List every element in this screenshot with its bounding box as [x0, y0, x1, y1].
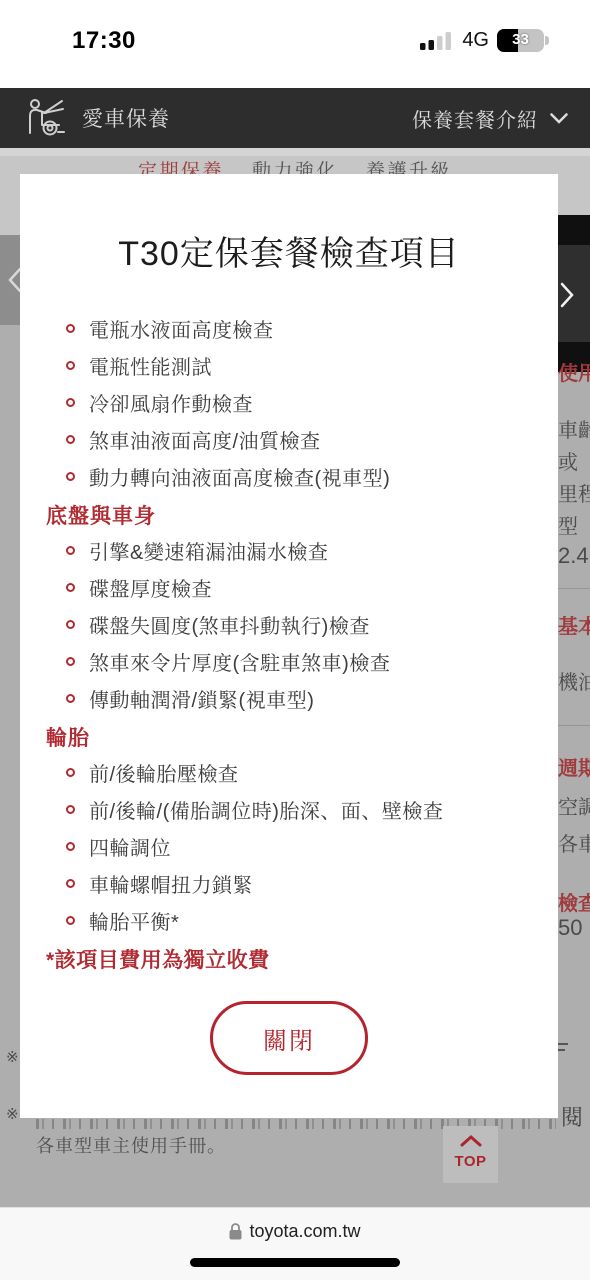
- item-label: 碟盤失圓度(煞車抖動執行)檢查: [89, 616, 370, 638]
- bullet-icon: [66, 435, 75, 444]
- battery-nub: [545, 36, 549, 45]
- iphone-screen: 17:30 4G 33 愛車: [0, 0, 590, 1280]
- section-heading-tires: 輪胎: [46, 727, 532, 750]
- status-bar: 17:30 4G 33: [0, 0, 590, 88]
- browser-bottom-bar: toyota.com.tw: [0, 1208, 590, 1280]
- item-label: 引擎&變速箱漏油漏水檢查: [89, 542, 328, 564]
- owner-manual-note: 各車型車主使用手冊。: [36, 1132, 226, 1158]
- bg-text-fragment: 里程: [558, 484, 590, 506]
- battery-percent: 33: [497, 31, 544, 48]
- close-button[interactable]: 關閉: [210, 1001, 368, 1075]
- page-title: 愛車保養: [82, 103, 170, 133]
- footnote-marker: ※: [6, 1048, 19, 1066]
- bg-text-fragment: 空調: [558, 797, 590, 819]
- item-label: 動力轉向油液面高度檢查(視車型): [89, 468, 390, 490]
- list-item: 引擎&變速箱漏油漏水檢查: [66, 542, 532, 564]
- inspection-list-engine: 電瓶水液面高度檢查 電瓶性能測試 冷卻風扇作動檢查 煞車油液面高度/油質檢查 動…: [46, 320, 532, 490]
- bullet-icon: [66, 768, 75, 777]
- modal-title: T30定保套餐檢查項目: [46, 234, 532, 274]
- bullet-icon: [66, 361, 75, 370]
- divider: [558, 725, 590, 726]
- package-intro-label: 保養套餐介紹: [412, 104, 538, 133]
- bg-text-fragment: 2.4: [558, 545, 590, 567]
- list-item: 動力轉向油液面高度檢查(視車型): [66, 468, 532, 490]
- package-intro-menu[interactable]: 保養套餐介紹: [412, 104, 568, 133]
- item-label: 電瓶水液面高度檢查: [89, 320, 274, 342]
- cellular-signal-icon: [420, 30, 454, 52]
- item-label: 傳動軸潤滑/鎖緊(視車型): [89, 690, 314, 712]
- bullet-icon: [66, 324, 75, 333]
- back-to-top-button[interactable]: TOP: [443, 1126, 498, 1183]
- list-item: 電瓶性能測試: [66, 357, 532, 379]
- item-label: 冷卻風扇作動檢查: [89, 394, 253, 416]
- list-item: 電瓶水液面高度檢查: [66, 320, 532, 342]
- lock-icon: [229, 1223, 242, 1240]
- bullet-icon: [66, 842, 75, 851]
- carousel-left-zone: [0, 235, 20, 325]
- bg-text-fragment: 50: [558, 917, 590, 939]
- bullet-icon: [66, 546, 75, 555]
- item-label: 煞車油液面高度/油質檢查: [89, 431, 321, 453]
- independent-fee-footnote: *該項目費用為獨立收費: [46, 949, 532, 972]
- list-item: 前/後輪胎壓檢查: [66, 764, 532, 786]
- item-label: 輪胎平衡*: [89, 912, 179, 934]
- site-url: toyota.com.tw: [249, 1221, 360, 1242]
- bg-text-fragment: 閱: [561, 1101, 583, 1132]
- section-heading-chassis: 底盤與車身: [46, 505, 532, 528]
- bullet-icon: [66, 657, 75, 666]
- list-item: 冷卻風扇作動檢查: [66, 394, 532, 416]
- bg-text-fragment: 檢查: [558, 893, 590, 915]
- list-item: 車輪螺帽扭力鎖緊: [66, 875, 532, 897]
- inspection-items-modal: T30定保套餐檢查項目 電瓶水液面高度檢查 電瓶性能測試 冷卻風扇作動檢查 煞車…: [20, 174, 558, 1118]
- item-label: 碟盤厚度檢查: [89, 579, 212, 601]
- bullet-icon: [66, 583, 75, 592]
- chevron-up-icon: [460, 1135, 482, 1147]
- carousel-next-icon[interactable]: [559, 282, 575, 308]
- list-item: 輪胎平衡*: [66, 912, 532, 934]
- carousel-prev-icon[interactable]: [7, 267, 20, 293]
- bullet-icon: [66, 472, 75, 481]
- item-label: 四輪調位: [89, 838, 171, 860]
- top-button-label: TOP: [443, 1153, 498, 1170]
- address-bar[interactable]: toyota.com.tw: [0, 1221, 590, 1242]
- list-item: 碟盤厚度檢查: [66, 579, 532, 601]
- list-item: 前/後輪/(備胎調位時)胎深、面、壁檢查: [66, 801, 532, 823]
- item-label: 電瓶性能測試: [89, 357, 212, 379]
- inspection-list-tires: 前/後輪胎壓檢查 前/後輪/(備胎調位時)胎深、面、壁檢查 四輪調位 車輪螺帽扭…: [46, 764, 532, 934]
- item-label: 前/後輪/(備胎調位時)胎深、面、壁檢查: [89, 801, 443, 823]
- bullet-icon: [66, 916, 75, 925]
- list-item: 煞車油液面高度/油質檢查: [66, 431, 532, 453]
- bullet-icon: [66, 398, 75, 407]
- bg-text-fragment: 或: [558, 452, 590, 474]
- carousel-right-zone: [558, 215, 590, 372]
- footnote-marker: ※: [6, 1105, 19, 1123]
- clock: 17:30: [72, 27, 136, 55]
- bg-text-fragment: 使用: [558, 363, 590, 385]
- item-label: 煞車來令片厚度(含駐車煞車)檢查: [89, 653, 390, 675]
- list-item: 四輪調位: [66, 838, 532, 860]
- bg-text-fragment: 週期: [558, 758, 590, 780]
- chevron-down-icon: [550, 113, 568, 124]
- bullet-icon: [66, 805, 75, 814]
- bullet-icon: [66, 620, 75, 629]
- item-label: 前/後輪胎壓檢查: [89, 764, 239, 786]
- list-item: 煞車來令片厚度(含駐車煞車)檢查: [66, 653, 532, 675]
- status-icons: 4G 33: [420, 29, 544, 52]
- inspection-list-chassis: 引擎&變速箱漏油漏水檢查 碟盤厚度檢查 碟盤失圓度(煞車抖動執行)檢查 煞車來令…: [46, 542, 532, 712]
- car-maintenance-icon: [22, 95, 68, 141]
- battery-icon: 33: [497, 29, 544, 52]
- bullet-icon: [66, 694, 75, 703]
- list-item: 碟盤失圓度(煞車抖動執行)檢查: [66, 616, 532, 638]
- bullet-icon: [66, 879, 75, 888]
- network-type: 4G: [462, 29, 489, 52]
- bg-text-fragment: 型: [558, 516, 590, 538]
- maintenance-header: 愛車保養 保養套餐介紹: [0, 88, 590, 148]
- bg-text-fragment: 各車: [558, 834, 590, 856]
- bg-text-fragment: 車齡: [558, 420, 590, 442]
- divider: [558, 588, 590, 589]
- item-label: 車輪螺帽扭力鎖緊: [89, 875, 253, 897]
- list-item: 傳動軸潤滑/鎖緊(視車型): [66, 690, 532, 712]
- bg-text-fragment: 機油: [558, 672, 590, 694]
- home-indicator[interactable]: [190, 1258, 400, 1267]
- bg-text-fragment: [558, 1043, 568, 1059]
- bg-text-fragment: 基本: [558, 616, 590, 638]
